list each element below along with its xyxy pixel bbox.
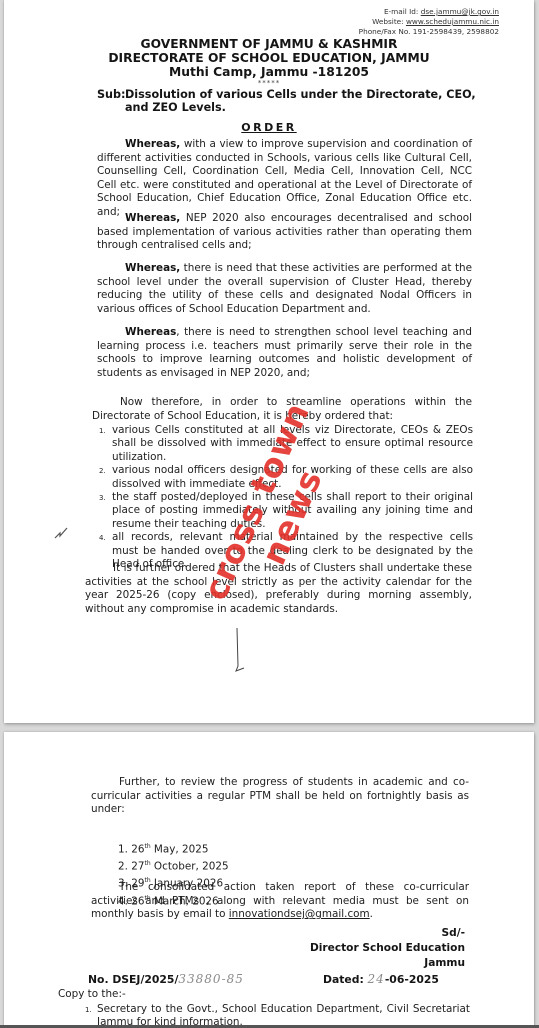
date-handwritten: 24: [368, 972, 385, 986]
document-page-1: E-mail Id: dse.jammu@jk.gov.in Website: …: [4, 0, 534, 723]
signature-place: Jammu: [310, 956, 465, 971]
whereas-paragraph-4: Whereas, there is need to strengthen sch…: [97, 326, 472, 380]
order-item: 3.the staff posted/deployed in these cel…: [112, 491, 473, 531]
copy-to-label: Copy to the:-: [58, 988, 126, 1000]
whereas-paragraph-2: Whereas, NEP 2020 also encourages decent…: [97, 212, 472, 253]
whereas-paragraph-3: Whereas, there is need that these activi…: [97, 262, 472, 316]
subject-label: Sub:: [97, 88, 126, 101]
reference-handwritten: 33880-85: [178, 972, 244, 986]
letterhead-directorate: DIRECTORATE OF SCHOOL EDUCATION, JAMMU: [4, 51, 534, 65]
signature-sd: Sd/-: [310, 926, 465, 941]
handwritten-initial-icon: [232, 628, 246, 672]
signature-block: Sd/- Director School Education Jammu: [310, 926, 465, 971]
order-date: Dated: 24-06-2025: [323, 972, 439, 986]
handwritten-tick-icon: [54, 527, 68, 539]
ptm-date-item: 2. 27th October, 2025: [118, 857, 229, 874]
subject: Sub: Dissolution of various Cells under …: [97, 88, 477, 114]
website-line: Website: www.schedujammu.nic.in: [359, 17, 499, 27]
letterhead-contact: E-mail Id: dse.jammu@jk.gov.in Website: …: [359, 7, 499, 37]
phone-line: Phone/Fax No. 191-2598439, 2598802: [359, 27, 499, 37]
order-title: ORDER: [4, 121, 534, 134]
letterhead-government: GOVERNMENT OF JAMMU & KASHMIR: [4, 37, 534, 51]
email-line: E-mail Id: dse.jammu@jk.gov.in: [359, 7, 499, 17]
further-ordered-paragraph: It is further ordered that the Heads of …: [85, 562, 472, 616]
letterhead-separator: *****: [4, 79, 534, 87]
signature-title: Director School Education: [310, 941, 465, 956]
now-therefore-paragraph: Now therefore, in order to streamline op…: [92, 396, 472, 423]
order-item: 2.various nodal officers designated for …: [112, 464, 473, 491]
order-list: 1.various Cells constituted at all level…: [112, 424, 473, 571]
whereas-paragraph-1: Whereas, with a view to improve supervis…: [97, 138, 472, 220]
report-paragraph: The consolidated action taken report of …: [91, 881, 469, 922]
order-item: 1.various Cells constituted at all level…: [112, 424, 473, 464]
subject-text: Dissolution of various Cells under the D…: [125, 88, 477, 114]
reference-number: No. DSEJ/2025/33880-85: [88, 972, 244, 986]
letterhead-email[interactable]: dse.jammu@jk.gov.in: [421, 7, 499, 16]
ptm-intro-paragraph: Further, to review the progress of stude…: [91, 776, 469, 817]
letterhead-website[interactable]: www.schedujammu.nic.in: [406, 17, 499, 26]
ptm-date-item: 1. 26th May, 2025: [118, 840, 229, 857]
report-email-link[interactable]: innovationdsej@gmail.com: [229, 908, 370, 920]
letterhead-address: Muthi Camp, Jammu -181205: [4, 65, 534, 79]
